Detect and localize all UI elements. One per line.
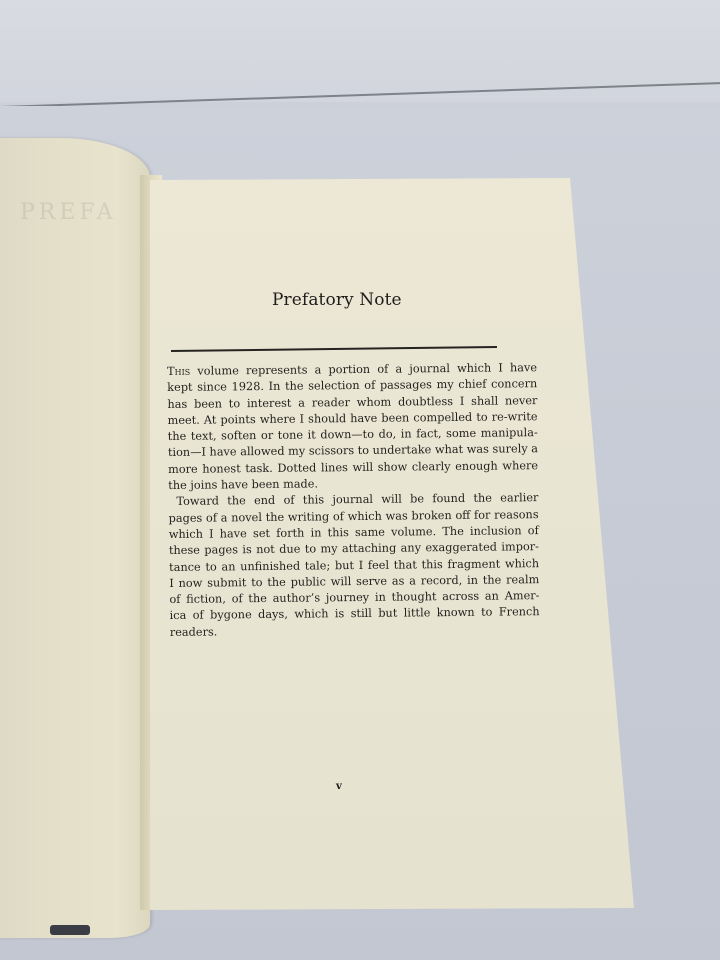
page-number: v [336, 781, 342, 792]
prefatory-note-body: This volume represents a portion of a jo… [167, 360, 540, 641]
left-page: PREFA [0, 138, 150, 938]
book-cover-corner [50, 925, 90, 935]
lead-small-caps: This [167, 365, 190, 378]
show-through-text: PREFA [20, 200, 117, 225]
page-title: Prefatory Note [272, 290, 412, 310]
